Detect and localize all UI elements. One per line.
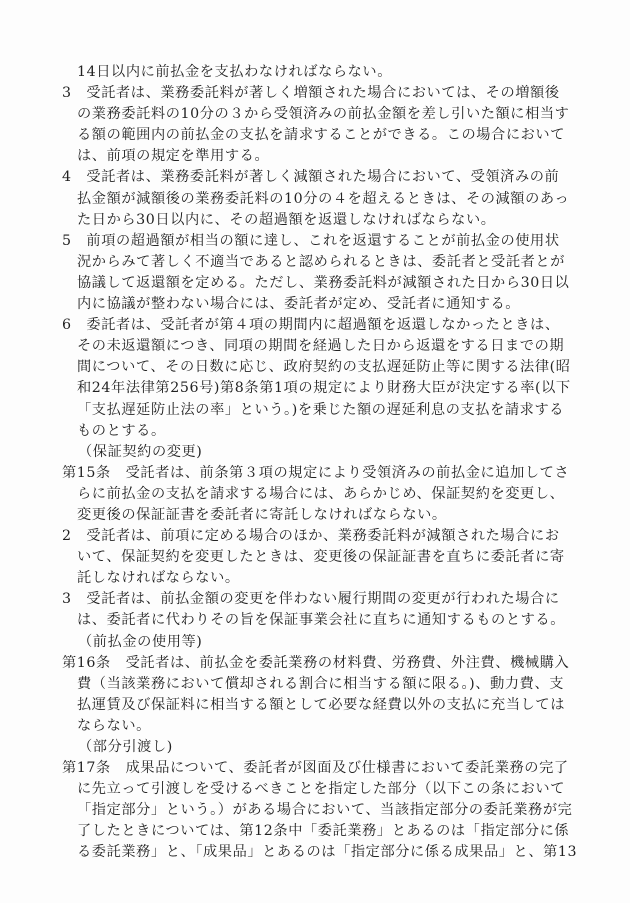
text-line: 変更後の保証証書を委託者に寄託しなければならない。 <box>62 505 566 526</box>
text-line: 払運賃及び保証料に相当する額として必要な経費以外の支払に充当しては <box>62 695 566 716</box>
text-line: は、委託者に代わりその旨を保証事業会社に直ちに通知するものとする。 <box>62 610 566 631</box>
text-line: に先立って引渡しを受けるべきことを指定した部分（以下この条において <box>62 779 566 800</box>
text-line: 6 委託者は、受託者が第４項の期間内に超過額を返還しなかったときは、 <box>62 315 566 336</box>
text-line: 5 前項の超過額が相当の額に達し、これを返還することが前払金の使用状 <box>62 231 566 252</box>
text-line: 第17条 成果品について、委託者が図面及び仕様書において委託業務の完了 <box>62 758 566 779</box>
text-line: 「指定部分」という。）がある場合において、当該指定部分の委託業務が完 <box>62 800 566 821</box>
text-line: る委託業務」と、「成果品」とあるのは「指定部分に係る成果品」と、第13 <box>62 842 566 863</box>
text-line: 2 受託者は、前項に定める場合のほか、業務委託料が減額された場合にお <box>62 526 566 547</box>
text-line: の業務委託料の10分の３から受領済みの前払金額を差し引いた額に相当す <box>62 104 566 125</box>
text-line: 3 受託者は、前払金額の変更を伴わない履行期間の変更が行われた場合に <box>62 589 566 610</box>
text-line: 和24年法律第256号)第8条第1項の規定により財務大臣が決定する率(以下 <box>62 378 566 399</box>
text-line: 「支払遅延防止法の率」という。)を乗じた額の遅延利息の支払を請求する <box>62 400 566 421</box>
text-line: は、前項の規定を準用する。 <box>62 146 566 167</box>
text-line: 間について、その日数に応じ、政府契約の支払遅延防止等に関する法律(昭 <box>62 357 566 378</box>
text-line: 払金額が減額後の業務委託料の10分の４を超えるときは、その減額のあっ <box>62 189 566 210</box>
text-line: 了したときについては、第12条中「委託業務」とあるのは「指定部分に係 <box>62 821 566 842</box>
text-line: 3 受託者は、業務委託料が著しく増額された場合においては、その増額後 <box>62 83 566 104</box>
text-line: その未返還額につき、同項の期間を経過した日から返還をする日までの期 <box>62 336 566 357</box>
text-line: 費（当該業務において償却される割合に相当する額に限る。)、動力費、支 <box>62 674 566 695</box>
text-line: らに前払金の支払を請求する場合には、あらかじめ、保証契約を変更し、 <box>62 484 566 505</box>
text-line: ものとする。 <box>62 421 566 442</box>
text-line: る額の範囲内の前払金の支払を請求することができる。この場合において <box>62 125 566 146</box>
text-line: いて、保証契約を変更したときは、変更後の保証証書を直ちに委託者に寄 <box>62 547 566 568</box>
text-line: ならない。 <box>62 716 566 737</box>
text-line: 況からみて著しく不適当であると認められるときは、委託者と受託者とが <box>62 252 566 273</box>
text-line: 協議して返還額を定める。ただし、業務委託料が減額された日から30日以 <box>62 273 566 294</box>
article-caption: （部分引渡し) <box>62 737 566 758</box>
text-line: 第15条 受託者は、前条第３項の規定により受領済みの前払金に追加してさ <box>62 463 566 484</box>
document-page: 14日以内に前払金を支払わなければならない。3 受託者は、業務委託料が著しく増額… <box>62 62 566 864</box>
article-caption: （前払金の使用等) <box>62 632 566 653</box>
text-line: 託しなければならない。 <box>62 568 566 589</box>
text-line: た日から30日以内に、その超過額を返還しなければならない。 <box>62 210 566 231</box>
article-caption: （保証契約の変更) <box>62 442 566 463</box>
text-line: 4 受託者は、業務委託料が著しく減額された場合において、受領済みの前 <box>62 167 566 188</box>
text-line: 14日以内に前払金を支払わなければならない。 <box>62 62 566 83</box>
text-line: 第16条 受託者は、前払金を委託業務の材料費、労務費、外注費、機械購入 <box>62 653 566 674</box>
text-line: 内に協議が整わない場合には、委託者が定め、受託者に通知する。 <box>62 294 566 315</box>
